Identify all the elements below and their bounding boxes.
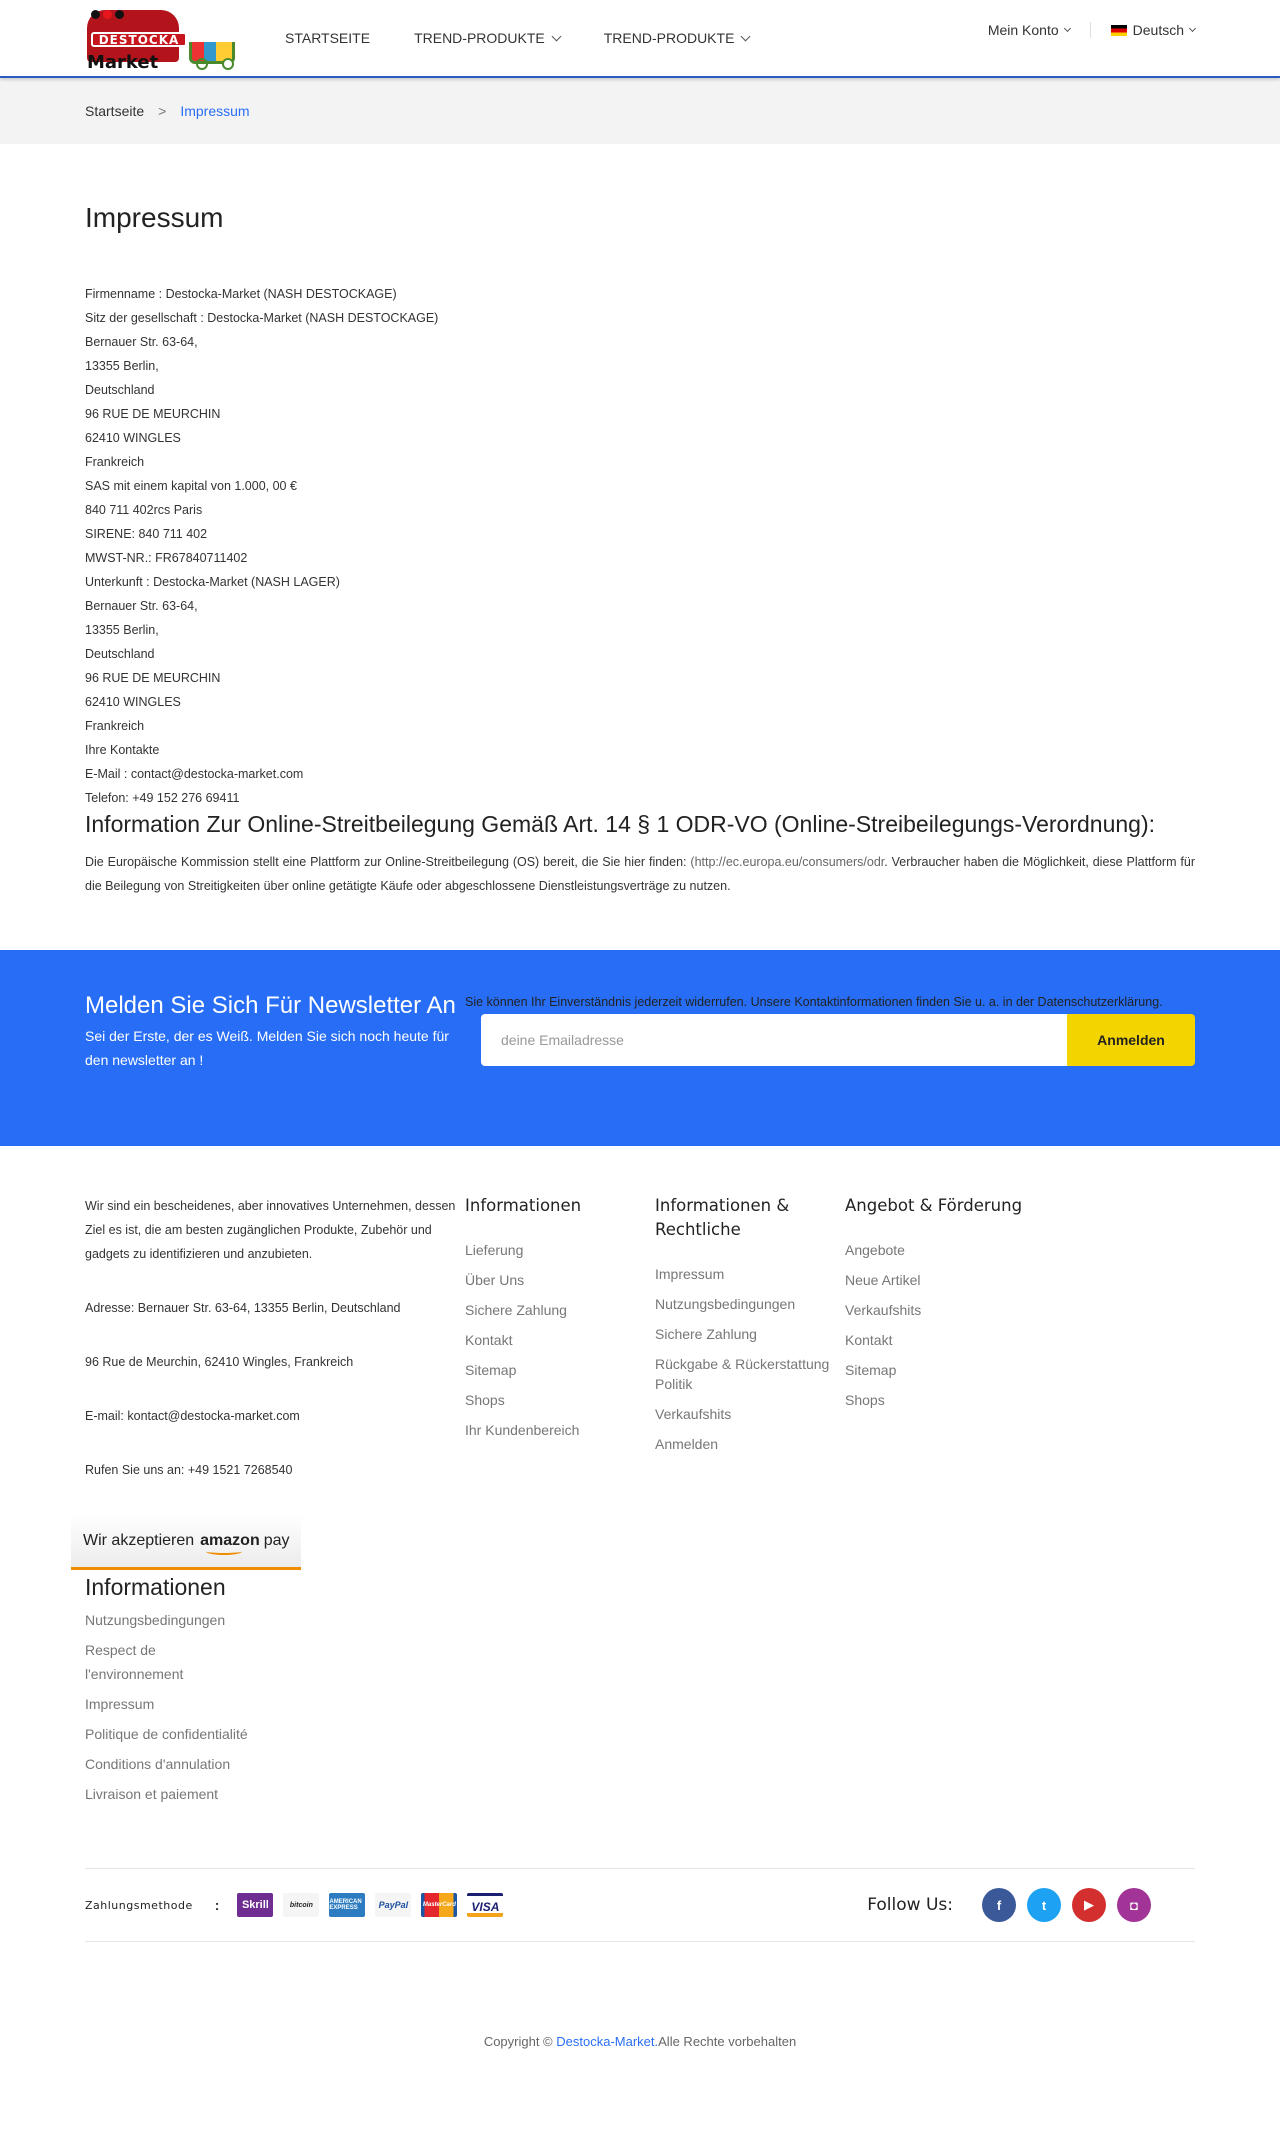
footer-link[interactable]: Verkaufshits [655, 1404, 845, 1424]
impressum-line: 13355 Berlin, [85, 354, 1195, 378]
youtube-icon[interactable]: ▶ [1072, 1888, 1106, 1922]
odr-text-before: Die Europäische Kommission stellt eine P… [85, 855, 690, 869]
nav-item-label: TREND-PRODUKTE [604, 30, 735, 46]
footer-column-informationen: InformationenLieferungÜber UnsSichere Za… [465, 1194, 655, 1512]
copyright: Copyright © Destocka-Market.Alle Rechte … [85, 1942, 1195, 2073]
footer-column-rechtliche: Informationen & RechtlicheImpressumNutzu… [655, 1194, 845, 1512]
divider [1090, 22, 1091, 38]
footer-link[interactable]: Verkaufshits [845, 1300, 1035, 1320]
newsletter-form: deine Emailadresse Anmelden [481, 1014, 1195, 1066]
impressum-line: Unterkunft : Destocka-Market (NASH LAGER… [85, 570, 1195, 594]
newsletter-title: Melden Sie Sich Für Newsletter An [85, 994, 465, 1018]
nav-item-trend-produkte[interactable]: TREND-PRODUKTE [414, 30, 560, 46]
language-dropdown[interactable]: Deutsch [1111, 22, 1195, 38]
footer-address-1: Adresse: Bernauer Str. 63-64, 13355 Berl… [85, 1296, 465, 1320]
footer-link[interactable]: Über Uns [465, 1270, 655, 1290]
impressum-line: Deutschland [85, 642, 1195, 666]
breadcrumb-separator-icon: > [158, 103, 166, 119]
odr-heading: Information Zur Online-Streitbeilegung G… [85, 812, 1195, 836]
info2-title: Informationen [85, 1572, 1195, 1602]
site-header: DESTOCKA Market STARTSEITE TREND-PRODUKT… [0, 0, 1280, 78]
odr-paragraph: Die Europäische Kommission stellt eine P… [85, 850, 1195, 898]
main-content: Impressum Firmenname : Destocka-Market (… [0, 144, 1280, 938]
site-footer: Wir sind ein bescheidenes, aber innovati… [0, 1146, 1280, 2073]
impressum-line: 96 RUE DE MEURCHIN [85, 402, 1195, 426]
amazon-pay-badge: Wir akzeptieren amazon pay [71, 1514, 301, 1570]
mastercard-logo-icon: MasterCard [421, 1893, 457, 1917]
footer-email: E-mail: kontact@destocka-market.com [85, 1404, 465, 1428]
footer-informationen-secondary: Informationen NutzungsbedingungenRespect… [85, 1572, 1195, 1806]
footer-column-title: Informationen [465, 1194, 655, 1218]
visa-logo-icon: VISA [467, 1893, 503, 1917]
footer-link[interactable]: Nutzungsbedingungen [655, 1294, 845, 1314]
impressum-line: Firmenname : Destocka-Market (NASH DESTO… [85, 282, 1195, 306]
info2-link[interactable]: Livraison et paiement [85, 1782, 255, 1806]
impressum-line: Sitz der gesellschaft : Destocka-Market … [85, 306, 1195, 330]
german-flag-icon [1111, 25, 1127, 36]
facebook-icon[interactable]: f [982, 1888, 1016, 1922]
account-dropdown[interactable]: Mein Konto [988, 22, 1070, 38]
american-express-logo-icon: AMERICAN EXPRESS [329, 1893, 365, 1917]
chevron-down-icon [1189, 24, 1196, 31]
skrill-logo-icon: Skrill [237, 1893, 273, 1917]
impressum-line: 13355 Berlin, [85, 618, 1195, 642]
chevron-down-icon [741, 31, 751, 41]
logo-text-top: DESTOCKA [91, 32, 187, 47]
footer-link[interactable]: Sitemap [845, 1360, 1035, 1380]
impressum-line: Bernauer Str. 63-64, [85, 594, 1195, 618]
page-title: Impressum [85, 202, 1195, 234]
copyright-suffix: Alle Rechte vorbehalten [658, 2034, 796, 2049]
chevron-down-icon [1064, 24, 1071, 31]
footer-link[interactable]: Neue Artikel [845, 1270, 1035, 1290]
info2-link[interactable]: Politique de confidentialité [85, 1722, 255, 1746]
impressum-line: 96 RUE DE MEURCHIN [85, 666, 1195, 690]
footer-phone: Rufen Sie uns an: +49 1521 7268540 [85, 1458, 465, 1482]
impressum-line: Ihre Kontakte [85, 738, 1195, 762]
newsletter-consent-note: Sie können Ihr Einverständnis jederzeit … [465, 994, 1195, 1010]
payment-methods: Zahlungsmethode : Skrill bitcoin AMERICA… [85, 1893, 513, 1917]
footer-link[interactable]: Rückgabe & Rückerstattung Politik [655, 1354, 845, 1394]
chevron-down-icon [551, 31, 561, 41]
breadcrumb: Startseite > Impressum [0, 78, 1280, 144]
info2-link[interactable]: Conditions d'annulation [85, 1752, 255, 1776]
footer-link[interactable]: Kontakt [465, 1330, 655, 1350]
info2-link[interactable]: Nutzungsbedingungen [85, 1608, 255, 1632]
nav-item-label: STARTSEITE [285, 30, 370, 46]
impressum-details: Firmenname : Destocka-Market (NASH DESTO… [85, 282, 1195, 810]
info2-link[interactable]: Respect de l'environnement [85, 1638, 255, 1686]
footer-column-title: Informationen & Rechtliche [655, 1194, 845, 1242]
footer-link[interactable]: Shops [465, 1390, 655, 1410]
footer-link[interactable]: Sichere Zahlung [465, 1300, 655, 1320]
copyright-brand-link[interactable]: Destocka-Market. [556, 2034, 658, 2049]
impressum-line: E-Mail : contact@destocka-market.com [85, 762, 1195, 786]
impressum-line: Bernauer Str. 63-64, [85, 330, 1195, 354]
amazon-logo-icon: amazon [200, 1532, 260, 1550]
footer-column-title: Angebot & Förderung [845, 1194, 1035, 1218]
logo-text-bottom: Market [87, 52, 158, 73]
footer-address-2: 96 Rue de Meurchin, 62410 Wingles, Frank… [85, 1350, 465, 1374]
about-text: Wir sind ein bescheidenes, aber innovati… [85, 1194, 465, 1266]
newsletter-email-input[interactable]: deine Emailadresse [481, 1014, 1067, 1066]
impressum-line: 62410 WINGLES [85, 426, 1195, 450]
impressum-line: SAS mit einem kapital von 1.000, 00 € [85, 474, 1195, 498]
site-logo[interactable]: DESTOCKA Market [85, 4, 245, 74]
breadcrumb-current: Impressum [180, 103, 249, 119]
logo-dots-icon [91, 10, 124, 19]
payment-colon: : [215, 1897, 220, 1913]
nav-item-label: TREND-PRODUKTE [414, 30, 545, 46]
impressum-line: Deutschland [85, 378, 1195, 402]
instagram-icon[interactable]: ◘ [1117, 1888, 1151, 1922]
footer-link[interactable]: Lieferung [465, 1240, 655, 1260]
impressum-line: SIRENE: 840 711 402 [85, 522, 1195, 546]
newsletter-subtitle: Sei der Erste, der es Weiß. Melden Sie s… [85, 1024, 465, 1072]
footer-link[interactable]: Sitemap [465, 1360, 655, 1380]
header-utilities: Mein Konto Deutsch [988, 22, 1195, 38]
nav-item-trend-produkte-2[interactable]: TREND-PRODUKTE [604, 30, 750, 46]
follow-us-label: Follow Us: [867, 1895, 953, 1915]
footer-column-angebot: Angebot & FörderungAngeboteNeue ArtikelV… [845, 1194, 1035, 1512]
impressum-line: Frankreich [85, 450, 1195, 474]
footer-link[interactable]: Anmelden [655, 1434, 845, 1454]
main-nav: STARTSEITE TREND-PRODUKTE TREND-PRODUKTE [285, 30, 793, 46]
amazon-pay-prefix: Wir akzeptieren [83, 1532, 194, 1550]
account-label: Mein Konto [988, 22, 1059, 38]
footer-link[interactable]: Kontakt [845, 1330, 1035, 1350]
footer-link[interactable]: Shops [845, 1390, 1035, 1410]
copyright-prefix: Copyright © [484, 2034, 556, 2049]
impressum-line: Frankreich [85, 714, 1195, 738]
payment-label: Zahlungsmethode [85, 1899, 193, 1912]
info2-link[interactable]: Impressum [85, 1692, 255, 1716]
impressum-line: MWST-NR.: FR67840711402 [85, 546, 1195, 570]
footer-link[interactable]: Sichere Zahlung [655, 1324, 845, 1344]
newsletter-section: Melden Sie Sich Für Newsletter An Sei de… [0, 950, 1280, 1146]
impressum-line: Telefon: +49 152 276 69411 [85, 786, 1195, 810]
footer-link[interactable]: Angebote [845, 1240, 1035, 1260]
nav-item-startseite[interactable]: STARTSEITE [285, 30, 370, 46]
amazon-pay-suffix: pay [264, 1532, 290, 1550]
payment-social-bar: Zahlungsmethode : Skrill bitcoin AMERICA… [85, 1868, 1195, 1942]
bitcoin-logo-icon: bitcoin [283, 1893, 319, 1917]
paypal-logo-icon: PayPal [375, 1893, 411, 1917]
follow-us: Follow Us: f t ▶ ◘ [867, 1888, 1151, 1922]
language-label: Deutsch [1133, 22, 1184, 38]
footer-link[interactable]: Ihr Kundenbereich [465, 1420, 655, 1440]
breadcrumb-home-link[interactable]: Startseite [85, 103, 144, 119]
impressum-line: 840 711 402rcs Paris [85, 498, 1195, 522]
impressum-line: 62410 WINGLES [85, 690, 1195, 714]
footer-about: Wir sind ein bescheidenes, aber innovati… [85, 1194, 465, 1512]
odr-link[interactable]: (http://ec.europa.eu/consumers/odr [690, 855, 884, 869]
footer-link[interactable]: Impressum [655, 1264, 845, 1284]
newsletter-subscribe-button[interactable]: Anmelden [1067, 1014, 1195, 1066]
shopping-cart-icon [189, 42, 235, 64]
twitter-icon[interactable]: t [1027, 1888, 1061, 1922]
